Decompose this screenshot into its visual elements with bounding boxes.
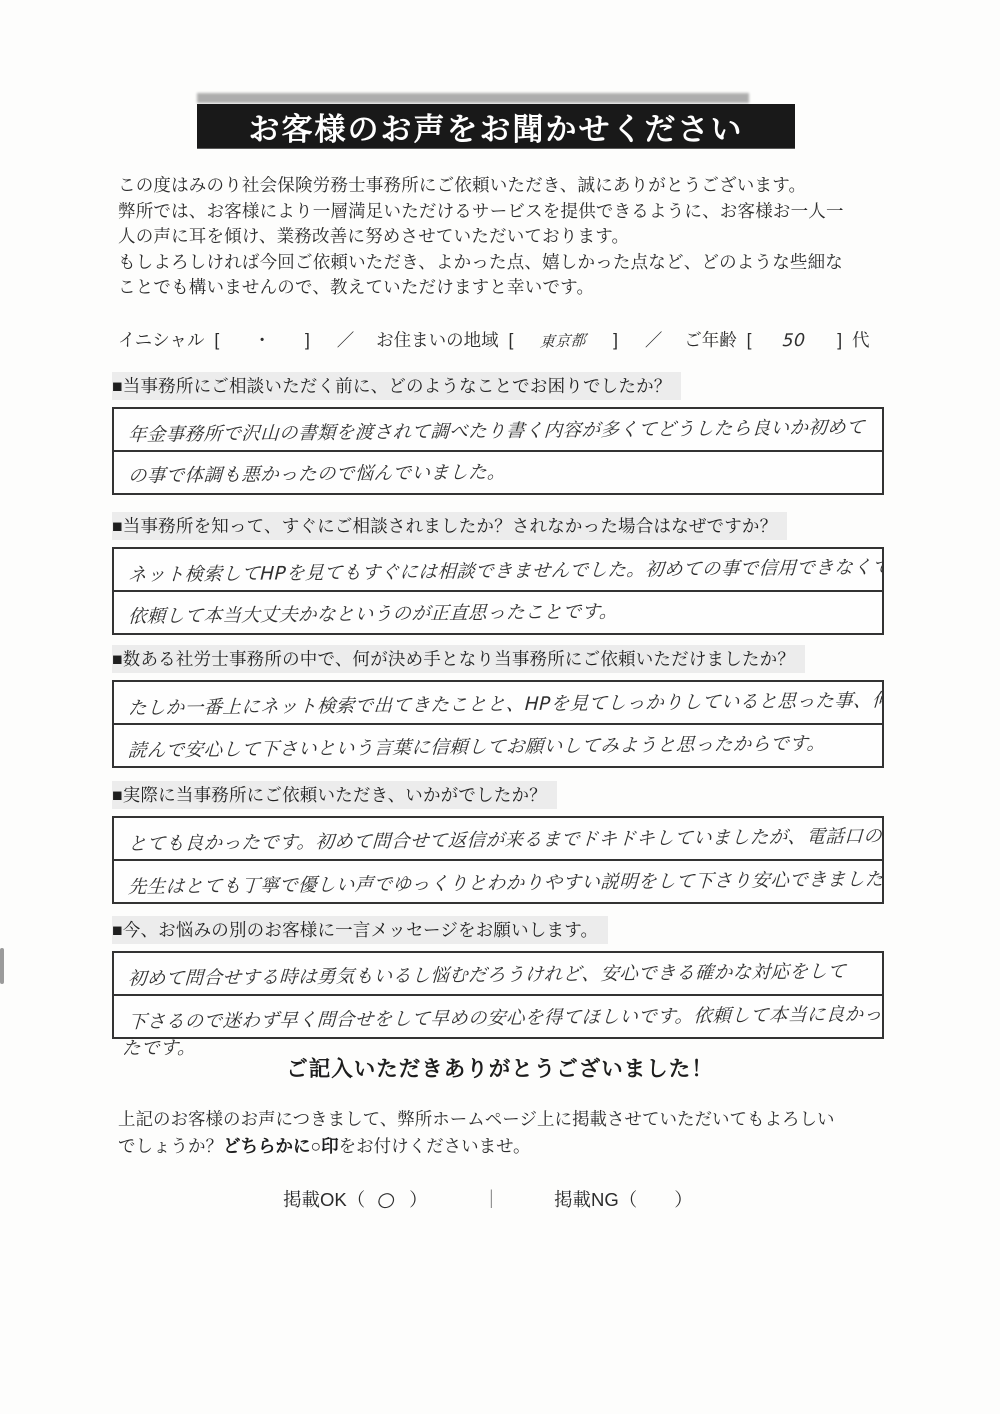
answer-box-2: ネット検索してHPを見てもすぐには相談できませんでした。初めての事で信用できなく… xyxy=(112,547,884,635)
initial-label: イニシャル xyxy=(118,330,204,350)
region-value-handwritten: 東京都 xyxy=(522,329,603,353)
answer-2-line-1: ネット検索してHPを見てもすぐには相談できませんでした。初めての事で信用できなく… xyxy=(127,552,882,586)
age-label: ご年齢 xyxy=(684,330,737,350)
age-value-handwritten: 50 xyxy=(761,331,828,352)
answer-3-line-1: たしか一番上にネット検索で出てきたことと、HPを見てしっかりしていると思った事、… xyxy=(127,685,882,719)
answer-row: 依頼して本当大丈夫かなというのが正直思ったことです。 xyxy=(114,590,882,633)
question-3: ■数ある社労士事務所の中で、何が決め手となり当事務所にご依頼いただけましたか？ xyxy=(112,645,805,673)
answer-row: 年金事務所で沢山の書類を渡されて調べたり書く内容が多くてどうしたら良いか初めて xyxy=(114,409,882,450)
answer-1-line-1: 年金事務所で沢山の書類を渡されて調べたり書く内容が多くてどうしたら良いか初めて xyxy=(127,413,865,447)
answer-5-line-2: 下さるので迷わず早く問合せをして早めの安心を得てほしいです。依頼して本当に良かっ xyxy=(127,1000,882,1034)
answer-row: 下さるので迷わず早く問合せをして早めの安心を得てほしいです。依頼して本当に良かっ xyxy=(114,994,882,1037)
age-suffix: 代 xyxy=(852,330,870,350)
publish-ok-close: ） xyxy=(409,1189,428,1210)
publish-ng-option: 掲載NG（ ） xyxy=(554,1186,693,1212)
intro-line: 弊所では、お客様により一層満足いただけるサービスを提供できるように、お客様お一人… xyxy=(118,199,898,225)
intro-line: もしよろしければ今回ご依頼いただき、よかった点、嬉しかった点など、どのような些細… xyxy=(118,250,898,276)
intro-line: ことでも構いませんので、教えていただけますと幸いです。 xyxy=(118,275,898,301)
answer-row: の事で体調も悪かったので悩んでいました。 xyxy=(114,450,882,493)
bracket-open: [ xyxy=(214,330,219,350)
answer-row: ネット検索してHPを見てもすぐには相談できませんでした。初めての事で信用できなく… xyxy=(114,549,882,590)
answer-row: 読んで安心して下さいという言葉に信頼してお願いしてみようと思ったからです。 xyxy=(114,723,882,766)
question-2: ■当事務所を知って、すぐにご相談されましたか？されなかった場合はなぜですか？ xyxy=(112,512,787,540)
customer-feedback-form: お客様のお声をお聞かせください この度はみのり社会保険労務士事務所にご依頼いただ… xyxy=(0,0,1000,1414)
permission-choices-row: 掲載OK（○） ｜ 掲載NG（ ） xyxy=(118,1182,898,1222)
answer-row: とても良かったです。初めて問合せて返信が来るまでドキドキしていましたが、電話口の xyxy=(114,818,882,859)
answer-box-5: 初めて問合せする時は勇気もいるし悩むだろうけれど、安心できる確かな対応をして 下… xyxy=(112,951,884,1039)
question-1: ■当事務所にご相談いただく前に、どのようなことでお困りでしたか？ xyxy=(112,372,681,400)
bracket-close: ] xyxy=(305,330,310,350)
question-section-4: ■実際に当事務所にご依頼いただき、いかがでしたか？ とても良かったです。初めて問… xyxy=(112,781,884,904)
answer-3-line-2: 読んで安心して下さいという言葉に信頼してお願いしてみようと思ったからです。 xyxy=(127,729,826,762)
separator-slash: ／ xyxy=(645,330,663,350)
answer-row: 初めて問合せする時は勇気もいるし悩むだろうけれど、安心できる確かな対応をして xyxy=(114,953,882,994)
permission-text: 上記のお客様のお声につきまして、弊所ホームページ上に掲載させていただいてもよろし… xyxy=(118,1106,898,1160)
publish-ok-option: 掲載OK（○） xyxy=(283,1186,428,1212)
form-title-bar: お客様のお声をお聞かせください xyxy=(197,104,795,148)
answer-box-4: とても良かったです。初めて問合せて返信が来るまでドキドキしていましたが、電話口の… xyxy=(112,816,884,904)
ok-circle-mark: ○ xyxy=(375,1186,400,1212)
bracket-open: [ xyxy=(508,330,513,350)
thanks-message: ご記入いただきありがとうございました！ xyxy=(0,1052,1000,1083)
question-section-5: ■今、お悩みの別のお客様に一言メッセージをお願いします。 初めて問合せする時は勇… xyxy=(112,916,884,1039)
choices-divider: ｜ xyxy=(482,1186,501,1212)
region-label: お住まいの地域 xyxy=(376,330,499,350)
intro-line: この度はみのり社会保険労務士事務所にご依頼いただき、誠にありがとうございます。 xyxy=(118,173,898,199)
separator-slash: ／ xyxy=(337,330,355,350)
answer-4-line-1: とても良かったです。初めて問合せて返信が来るまでドキドキしていましたが、電話口の xyxy=(127,822,882,856)
answer-5-line-1: 初めて問合せする時は勇気もいるし悩むだろうけれど、安心できる確かな対応をして xyxy=(127,957,846,991)
form-title: お客様のお声をお聞かせください xyxy=(249,104,744,149)
permission-line-1: 上記のお客様のお声につきまして、弊所ホームページ上に掲載させていただいてもよろし… xyxy=(118,1106,898,1133)
publish-ok-label: 掲載OK（ xyxy=(283,1189,365,1210)
profile-row: イニシャル [ ・ ] ／ お住まいの地域 [ 東京都 ] ／ ご年齢 [ 50… xyxy=(118,327,898,352)
question-4: ■実際に当事務所にご依頼いただき、いかがでしたか？ xyxy=(112,781,557,809)
answer-1-line-2: の事で体調も悪かったので悩んでいました。 xyxy=(127,458,506,488)
permission-line-2: でしょうか？どちらかに○印をお付けくださいませ。 xyxy=(118,1133,898,1160)
scan-artifact-top xyxy=(197,93,749,103)
answer-4-line-2: 先生はとても丁寧で優しい声でゆっくりとわかりやすい説明をして下さり安心できました… xyxy=(127,864,882,898)
intro-text: この度はみのり社会保険労務士事務所にご依頼いただき、誠にありがとうございます。 … xyxy=(118,173,898,301)
question-5: ■今、お悩みの別のお客様に一言メッセージをお願いします。 xyxy=(112,916,608,944)
bracket-close: ] xyxy=(613,330,618,350)
permission-line-2-pre: でしょうか？ xyxy=(118,1136,223,1156)
initial-value: ・ xyxy=(229,327,295,352)
permission-line-2-post: をお付けくださいませ。 xyxy=(339,1136,531,1156)
answer-box-3: たしか一番上にネット検索で出てきたことと、HPを見てしっかりしていると思った事、… xyxy=(112,680,884,768)
question-section-1: ■当事務所にご相談いただく前に、どのようなことでお困りでしたか？ 年金事務所で沢… xyxy=(112,372,884,495)
intro-line: 人の声に耳を傾け、業務改善に努めさせていただいております。 xyxy=(118,224,898,250)
scan-artifact-left-edge xyxy=(0,948,4,984)
answer-box-1: 年金事務所で沢山の書類を渡されて調べたり書く内容が多くてどうしたら良いか初めて … xyxy=(112,407,884,495)
answer-2-line-2: 依頼して本当大丈夫かなというのが正直思ったことです。 xyxy=(127,597,618,628)
question-section-2: ■当事務所を知って、すぐにご相談されましたか？されなかった場合はなぜですか？ ネ… xyxy=(112,512,884,635)
bracket-open: [ xyxy=(747,330,752,350)
question-section-3: ■数ある社労士事務所の中で、何が決め手となり当事務所にご依頼いただけましたか？ … xyxy=(112,645,884,768)
bracket-close: ] xyxy=(837,330,842,350)
answer-row: たしか一番上にネット検索で出てきたことと、HPを見てしっかりしていると思った事、… xyxy=(114,682,882,723)
answer-row: 先生はとても丁寧で優しい声でゆっくりとわかりやすい説明をして下さり安心できました… xyxy=(114,859,882,902)
permission-line-2-bold: どちらかに○印 xyxy=(223,1136,339,1156)
